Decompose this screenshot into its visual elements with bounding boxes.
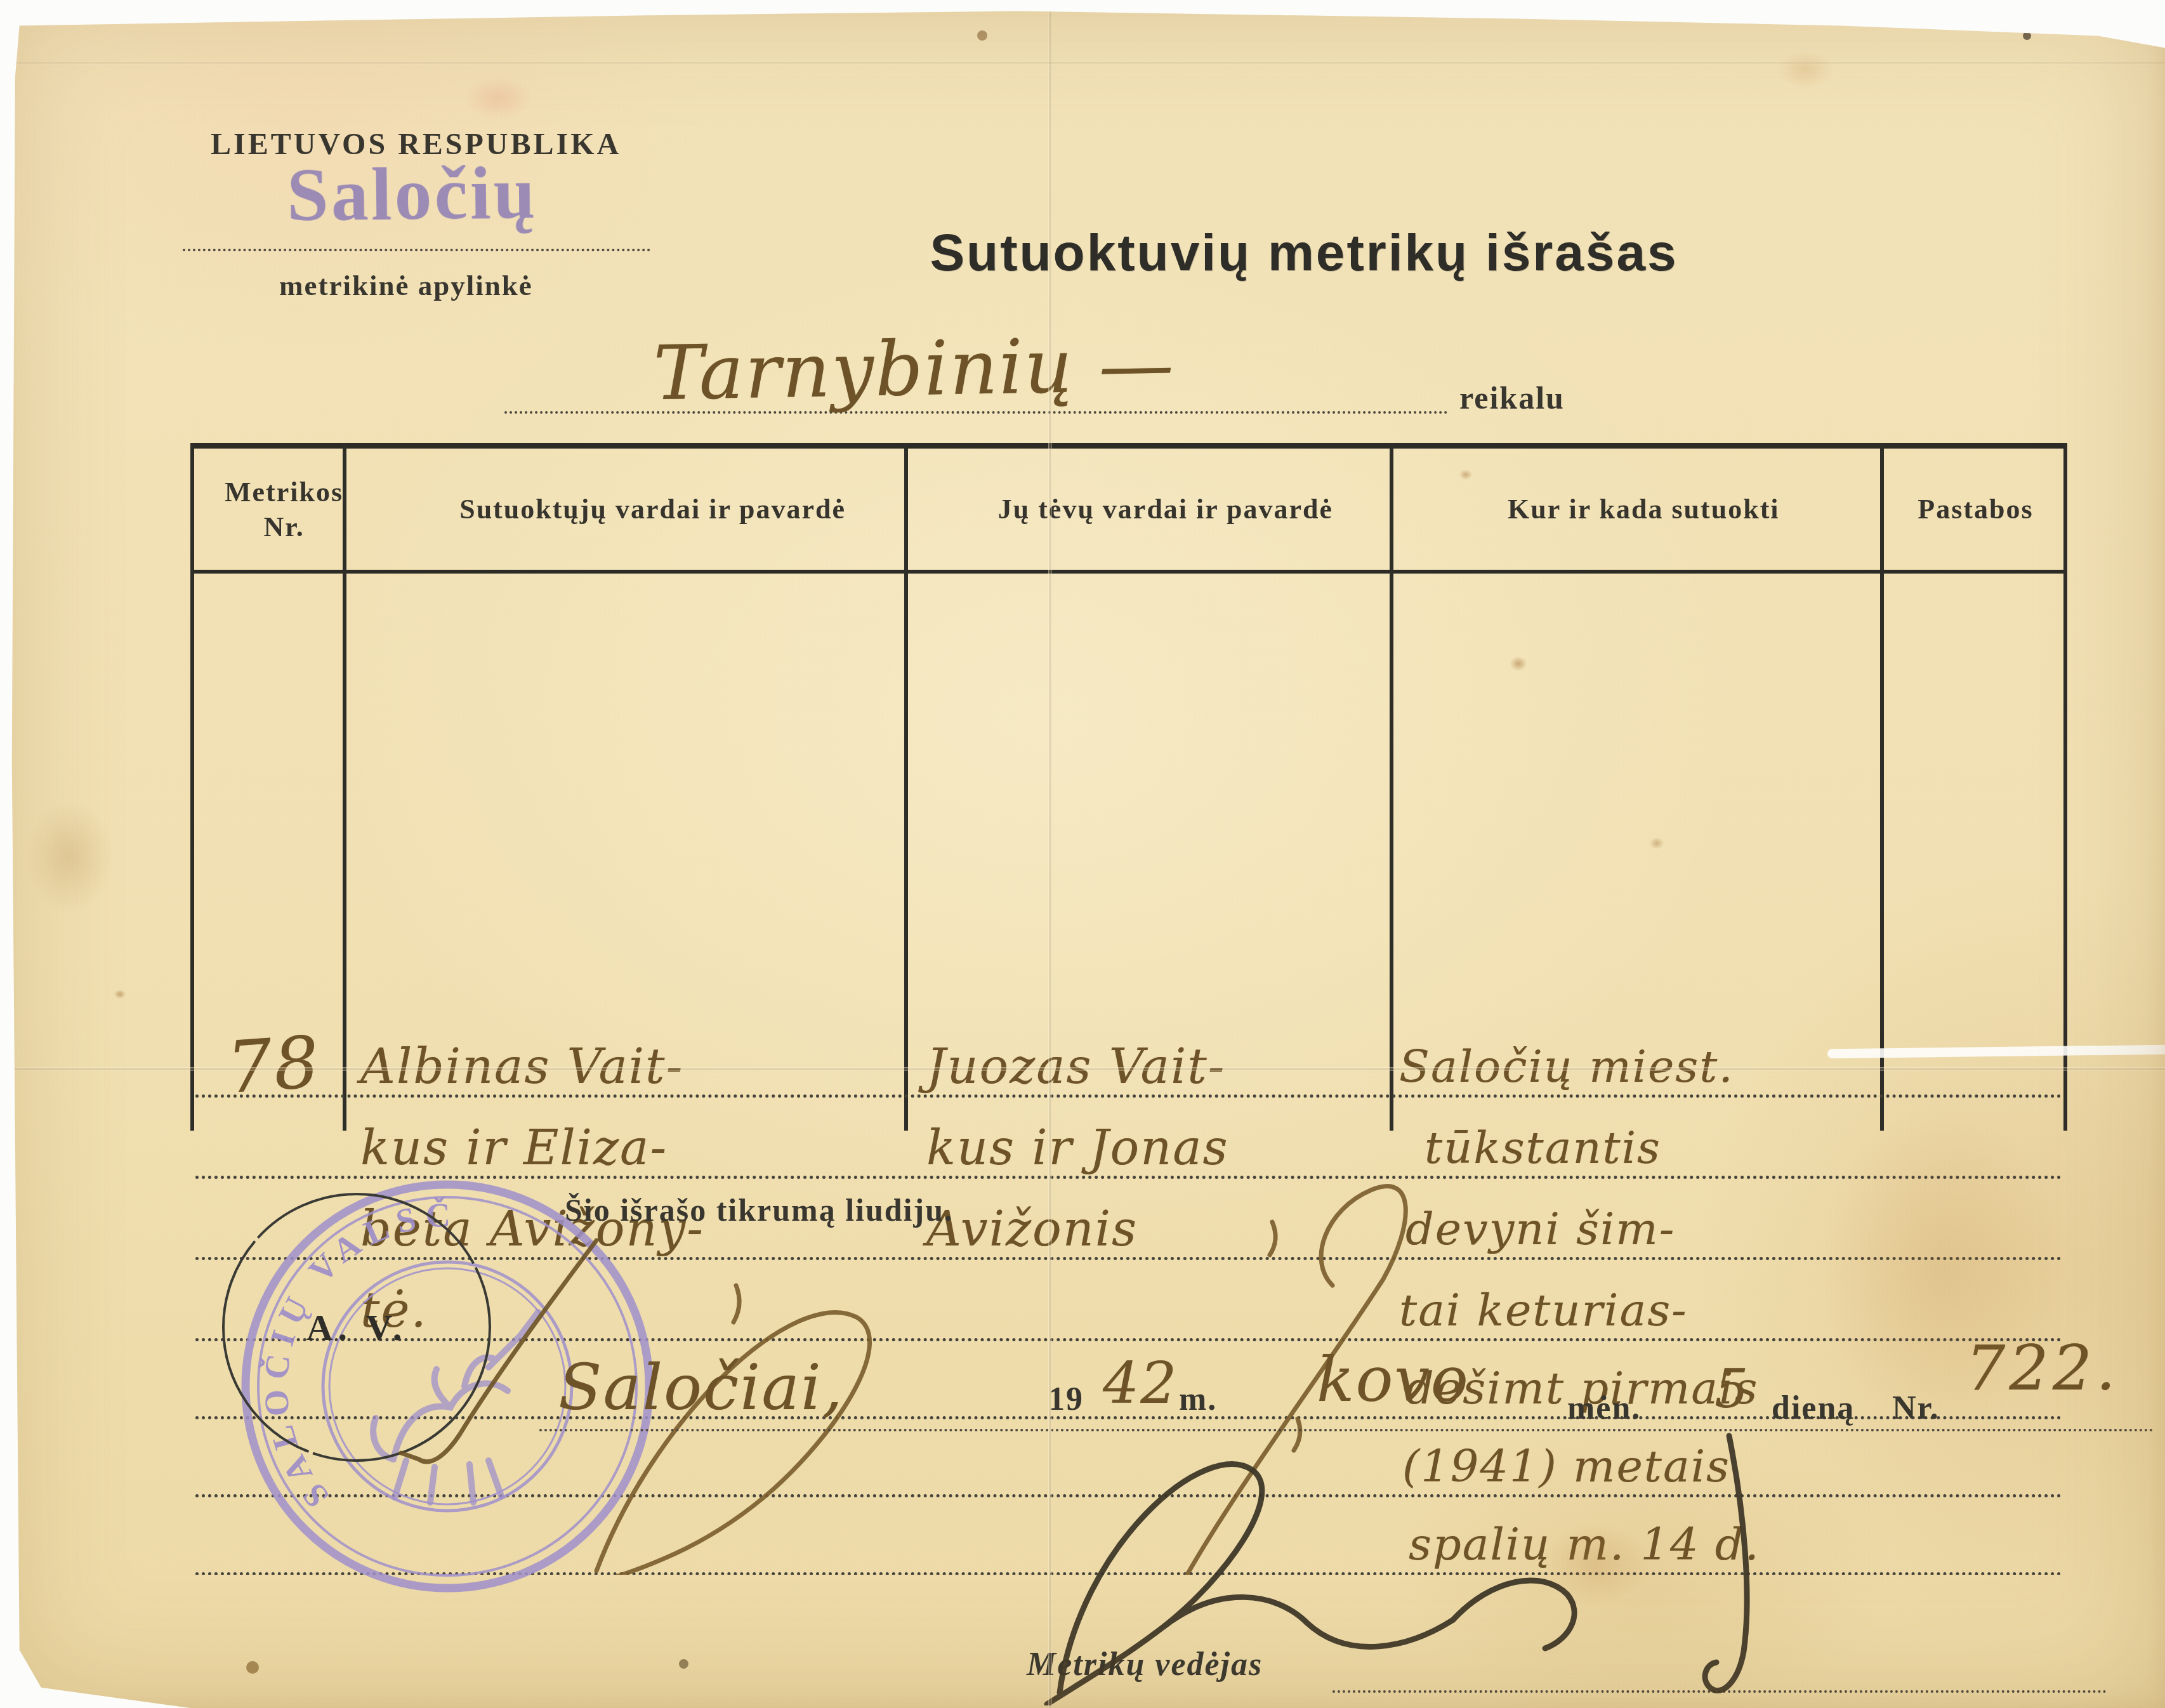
col-header-where-when: Kur ir kada sutuokti (1404, 449, 1884, 570)
number-handwritten: 722. (1966, 1332, 2119, 1405)
stain (1777, 51, 1834, 89)
col-header-pastabos: Pastabos (1884, 449, 2067, 570)
col-header-spouses: Sutuoktųjų vardai ir pavardė (378, 449, 928, 570)
registrar-signature (1003, 1426, 1967, 1705)
record-table: Metrikos Nr. Sutuoktųjų vardai ir pavard… (190, 443, 2067, 1131)
av-label: A. V. (306, 1307, 407, 1348)
stain (977, 30, 987, 41)
letterhead-dotted-line (183, 249, 650, 251)
col-header-parents: Jų tėvų vardai ir pavardė (928, 449, 1403, 570)
year-prefix-printed: 19 (1048, 1381, 1084, 1418)
horizontal-fold-crease (0, 1067, 2165, 1071)
purpose-dotted-line (504, 411, 1448, 414)
number-label-printed: Nr. (1892, 1389, 1940, 1427)
document-title: Sutuoktuvių metrikų išrašas (888, 223, 1720, 283)
stain (463, 76, 533, 121)
stain (2023, 32, 2031, 40)
table-header-border (190, 570, 2067, 574)
vertical-fold-crease (1048, 0, 1052, 1708)
top-fold-crease (0, 61, 2165, 65)
year-handwritten: 42 (1103, 1350, 1178, 1417)
table-header-row: Metrikos Nr. Sutuoktųjų vardai ir pavard… (190, 449, 2067, 570)
stain (114, 990, 126, 999)
col-header-metrikos-nr: Metrikos Nr. (190, 449, 378, 570)
office-type-label: metrikinė apylinkė (279, 269, 533, 302)
table-top-border (190, 443, 2067, 449)
month-label-printed: mėn. (1567, 1389, 1641, 1427)
office-name-stamp: Saločių (286, 150, 538, 239)
paper-sheet: LIETUVOS RESPUBLIKA Saločių metrikinė ap… (0, 0, 2165, 1708)
purpose-handwritten: Tarnybinių — (653, 320, 1176, 417)
stain (25, 799, 114, 914)
place-handwritten: Saločiai, (558, 1350, 844, 1424)
day-handwritten: 5 (1714, 1358, 1749, 1420)
scanned-document: LIETUVOS RESPUBLIKA Saločių metrikinė ap… (0, 0, 2165, 1708)
day-label-printed: dieną (1772, 1389, 1855, 1427)
month-handwritten: kovo (1317, 1344, 1470, 1416)
year-unit-printed: m. (1179, 1381, 1217, 1418)
purpose-suffix-label: reikalu (1459, 379, 1565, 416)
